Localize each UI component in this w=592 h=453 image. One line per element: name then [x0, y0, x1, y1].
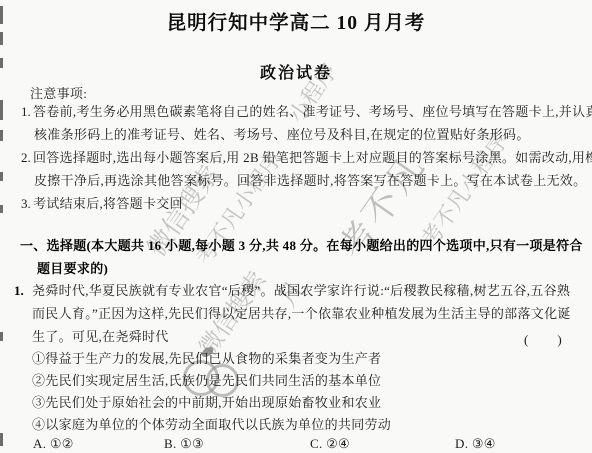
option-c: C. ②④: [310, 436, 350, 452]
question-stem-line: 而民人育。”正因为这样,先民们得以定居共存,一个依靠农业种植发展为生活主导的部落…: [32, 306, 571, 322]
notice-item-line: 核准条形码上的准考证号、姓名、考场号、座位号及科目,在规定的位置贴好条形码。: [34, 127, 530, 143]
option-label: A.: [33, 436, 46, 451]
statement-line: ③先民们处于原始社会的中前期,开始出现原始畜牧业和农业: [32, 395, 381, 411]
option-value: ①②: [50, 436, 74, 451]
section-heading-line: 一、选择题(本大题共 16 小题,每小题 3 分,共 48 分。在每小题给出的四…: [20, 238, 583, 254]
edge-dash: [0, 433, 3, 446]
question-number: 1.: [14, 283, 24, 299]
question-stem-line: 生了。可见,在尧舜时代: [32, 329, 169, 345]
notice-item-line: 答卷前,考生务必用黑色碳素笔将自己的姓名、准考证号、考场号、座位号填写在答题卡上…: [33, 104, 592, 120]
edge-dash: [0, 100, 3, 120]
notice-item-line: 考试结束后,将答题卡交回: [33, 196, 183, 212]
notice-item-line: 皮擦干净后,再选涂其他答案标号。回答非选择题时,将答案写在答题卡上。写在本试卷上…: [34, 173, 586, 189]
option-label: B.: [164, 436, 177, 451]
notice-heading: 注意事项:: [30, 86, 87, 102]
option-label: D.: [455, 436, 468, 451]
option-label: C.: [310, 436, 323, 451]
answer-bracket: ( ): [524, 329, 563, 348]
option-value: ②④: [326, 436, 350, 451]
edge-dash: [0, 205, 3, 213]
statement-line: ①得益于生产力的发展,先民们已从食物的采集者变为生产者: [32, 351, 381, 367]
notice-item-number: 1.: [21, 104, 31, 120]
option-value: ①③: [180, 436, 204, 451]
option-b: B. ①③: [164, 436, 204, 452]
watermark-text: 考不凡小程序: [413, 126, 514, 252]
statement-line: ④以家庭为单位的个体劳动全面取代以氏族为单位的共同劳动: [32, 417, 391, 433]
edge-dash: [0, 332, 3, 341]
question-stem-line: 尧舜时代,华夏民族就有专业农官“后稷”。战国农学家许行说:“后稷教民稼穑,树艺五…: [32, 283, 570, 299]
statement-line: ②先民们实现定居生活,氏族仍是先民们共同生活的基本单位: [32, 373, 381, 389]
section-heading-line: 题目要求的): [37, 261, 108, 277]
notice-item-number: 2.: [21, 150, 31, 166]
exam-paper-page: 微信搜索 考不凡小程序 考不凡 小程序 考不凡小程序 微信搜索 凡 昆明行知中学…: [0, 0, 592, 453]
edge-dash: [0, 172, 3, 181]
option-value: ③④: [472, 436, 496, 451]
page-subtitle: 政治试卷: [0, 60, 592, 83]
notice-item-number: 3.: [21, 196, 31, 212]
notice-item-line: 回答选择题时,选出每小题答案后,用 2B 铅笔把答题卡上对应题目的答案标号涂黑。…: [33, 150, 592, 166]
page-title: 昆明行知中学高二 10 月月考: [0, 7, 592, 35]
edge-dash: [0, 130, 3, 141]
option-d: D. ③④: [455, 436, 496, 452]
option-a: A. ①②: [33, 436, 74, 452]
